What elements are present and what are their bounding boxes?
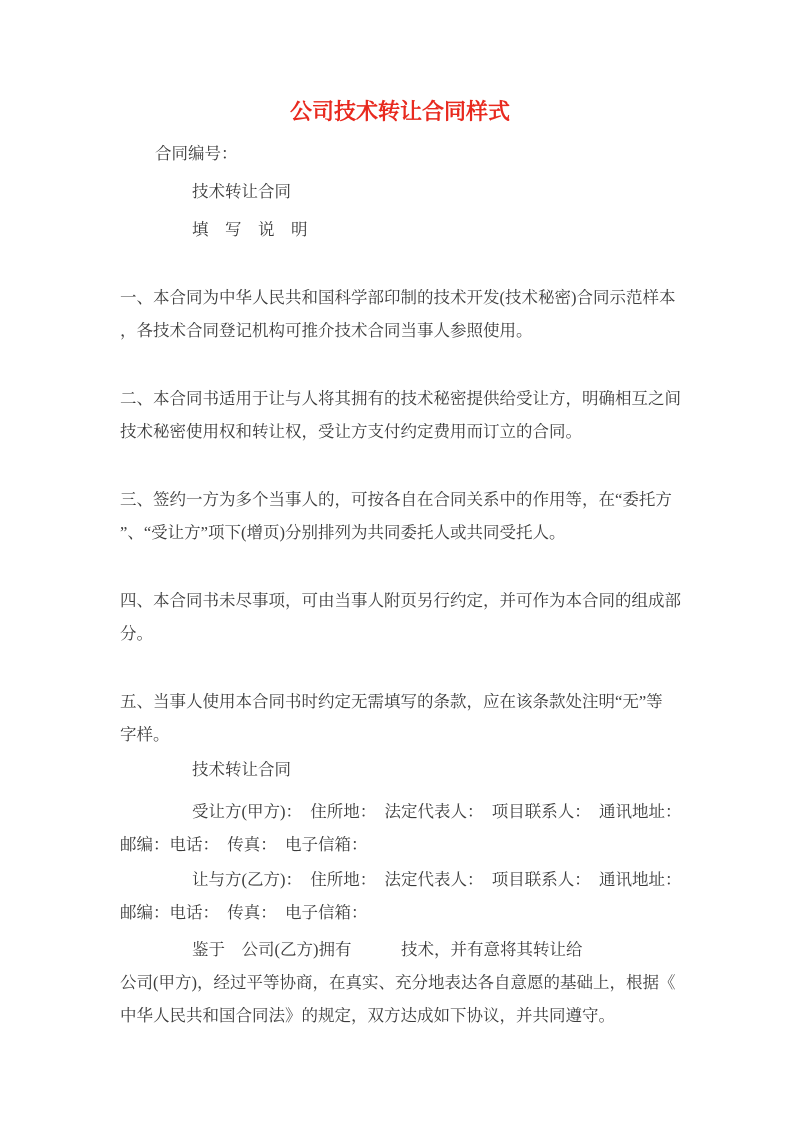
preamble-block: 鉴于 公司(乙方)拥有 技术，并有意将其转让给 公司(甲方)，经过平等协商，在真… (120, 933, 680, 1032)
fill-note-2-line-1: 二、本合同书适用于让与人将其拥有的技术秘密提供给受让方，明确相互之间 (120, 382, 680, 415)
document-subtitle: 技术转让合同 (120, 175, 680, 208)
fill-note-5-line-2: 字样。 (120, 718, 680, 751)
fill-note-1-line-2: ，各技术合同登记机构可推介技术合同当事人参照使用。 (120, 314, 680, 347)
preamble-line-2: 公司(甲方)，经过平等协商，在真实、充分地表达各自意愿的基础上，根据《 (120, 966, 680, 999)
fill-note-5: 五、当事人使用本合同书时约定无需填写的条款，应在该条款处注明“无”等 字样。 (120, 685, 680, 751)
fill-note-3-line-2: ”、“受让方”项下(增页)分别排列为共同委托人或共同受托人。 (120, 516, 680, 549)
party-a-fields-line-2: 邮编：电话： 传真： 电子信箱： (120, 828, 680, 861)
fill-note-1-line-1: 一、本合同为中华人民共和国科学部印制的技术开发(技术秘密)合同示范样本 (120, 281, 680, 314)
fill-note-3: 三、签约一方为多个当事人的，可按各自在合同关系中的作用等，在“委托方 ”、“受让… (120, 483, 680, 549)
fill-note-3-line-1: 三、签约一方为多个当事人的，可按各自在合同关系中的作用等，在“委托方 (120, 483, 680, 516)
party-b-fields-line-2: 邮编：电话： 传真： 电子信箱： (120, 896, 680, 929)
fill-note-2: 二、本合同书适用于让与人将其拥有的技术秘密提供给受让方，明确相互之间 技术秘密使… (120, 382, 680, 448)
preamble-line-3: 中华人民共和国合同法》的规定，双方达成如下协议，并共同遵守。 (120, 999, 680, 1032)
fill-note-4-line-2: 分。 (120, 617, 680, 650)
document-title: 公司技术转让合同样式 (120, 97, 680, 127)
party-a-block: 受让方(甲方)： 住所地： 法定代表人： 项目联系人： 通讯地址： 邮编：电话：… (120, 795, 680, 861)
party-b-fields-line-1: 让与方(乙方)： 住所地： 法定代表人： 项目联系人： 通讯地址： (120, 863, 680, 896)
contract-number-label: 合同编号： (120, 137, 680, 170)
contract-heading: 技术转让合同 (120, 753, 680, 786)
fill-note-4: 四、本合同书未尽事项，可由当事人附页另行约定，并可作为本合同的组成部 分。 (120, 584, 680, 650)
fill-instructions-heading: 填 写 说 明 (120, 213, 680, 246)
contract-page: 公司技术转让合同样式 合同编号： 技术转让合同 填 写 说 明 一、本合同为中华… (0, 0, 800, 1132)
preamble-line-1: 鉴于 公司(乙方)拥有 技术，并有意将其转让给 (120, 933, 680, 966)
party-b-block: 让与方(乙方)： 住所地： 法定代表人： 项目联系人： 通讯地址： 邮编：电话：… (120, 863, 680, 929)
fill-note-1: 一、本合同为中华人民共和国科学部印制的技术开发(技术秘密)合同示范样本 ，各技术… (120, 281, 680, 347)
fill-note-5-line-1: 五、当事人使用本合同书时约定无需填写的条款，应在该条款处注明“无”等 (120, 685, 680, 718)
fill-note-4-line-1: 四、本合同书未尽事项，可由当事人附页另行约定，并可作为本合同的组成部 (120, 584, 680, 617)
party-a-fields-line-1: 受让方(甲方)： 住所地： 法定代表人： 项目联系人： 通讯地址： (120, 795, 680, 828)
fill-note-2-line-2: 技术秘密使用权和转让权，受让方支付约定费用而订立的合同。 (120, 415, 680, 448)
document-content: 公司技术转让合同样式 合同编号： 技术转让合同 填 写 说 明 一、本合同为中华… (0, 97, 800, 1032)
